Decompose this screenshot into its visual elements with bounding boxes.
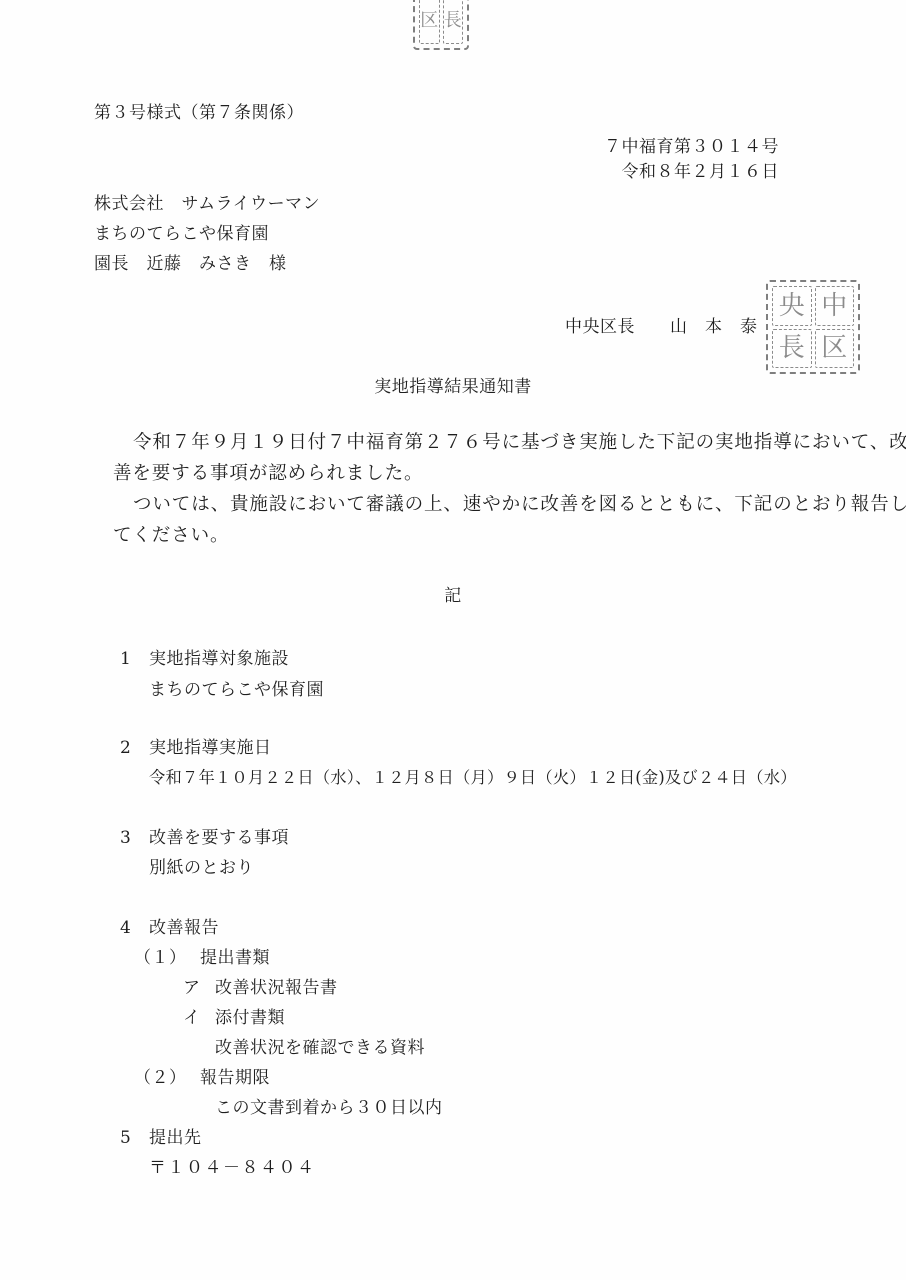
- seal-char: 長: [772, 329, 812, 369]
- body-paragraph-2-line-2: てください。: [113, 526, 229, 546]
- item-4-sub-1-entry-b-marker: イ: [183, 1008, 201, 1028]
- form-label: 第３号様式（第７条関係）: [94, 103, 304, 123]
- item-4-sub-2-content: この文書到着から３０日以内: [215, 1098, 443, 1118]
- issue-date: 令和８年２月１６日: [622, 162, 780, 182]
- item-4-sub-1-number: （１）: [134, 948, 187, 968]
- item-3-content: 別紙のとおり: [149, 858, 254, 878]
- document-number: ７中福育第３０１４号: [604, 137, 779, 157]
- item-4-sub-1-entry-b-text: 添付書類: [215, 1008, 285, 1028]
- body-paragraph-2-line-1: ついては、貴施設において審議の上、速やかに改善を図るとともに、下記のとおり報告し: [133, 495, 906, 515]
- item-5-heading: 提出先: [149, 1128, 202, 1148]
- item-1-content: まちのてらこや保育園: [149, 680, 324, 700]
- item-4-sub-2-heading: 報告期限: [200, 1068, 270, 1088]
- ki-label: 記: [0, 586, 906, 606]
- item-3-heading: 改善を要する事項: [149, 828, 289, 848]
- body-paragraph-1-line-2: 善を要する事項が認められました。: [113, 464, 423, 484]
- document-page: 区 長 第３号様式（第７条関係） ７中福育第３０１４号 令和８年２月１６日 株式…: [0, 0, 906, 1280]
- seal-char: 区: [815, 329, 855, 369]
- recipient-addressee: 園長 近藤 みさき 様: [94, 254, 287, 274]
- seal-char: 中: [815, 286, 855, 326]
- official-seal-stamp: 央 中 長 区: [766, 280, 860, 374]
- item-5-number: 5: [120, 1128, 131, 1148]
- item-4-number: 4: [120, 918, 131, 938]
- item-4-sub-1-entry-a-marker: ア: [183, 978, 201, 998]
- item-2-content: 令和７年１０月２２日（水）、１２月８日（月）９日（火）１２日(金)及び２４日（水…: [149, 768, 797, 788]
- item-4-heading: 改善報告: [149, 918, 219, 938]
- seal-char: 央: [772, 286, 812, 326]
- item-3-number: 3: [120, 828, 131, 848]
- item-2-number: 2: [120, 738, 131, 758]
- seal-char: 長: [443, 0, 464, 44]
- item-4-sub-1-entry-a-text: 改善状況報告書: [215, 978, 338, 998]
- item-4-sub-2-number: （２）: [134, 1068, 187, 1088]
- item-1-heading: 実地指導対象施設: [149, 649, 289, 669]
- item-2-heading: 実地指導実施日: [149, 738, 272, 758]
- recipient-company: 株式会社 サムライウーマン: [94, 194, 320, 214]
- seal-stamp-top: 区 長: [413, 0, 469, 50]
- sender-title-name: 中央区長 山 本 泰: [565, 317, 758, 337]
- body-paragraph-1-line-1: 令和７年９月１９日付７中福育第２７６号に基づき実施した下記の実地指導において、改: [133, 433, 906, 453]
- recipient-facility: まちのてらこや保育園: [94, 224, 269, 244]
- document-title: 実地指導結果通知書: [0, 377, 906, 397]
- seal-char: 区: [419, 0, 440, 44]
- item-4-sub-1-entry-b-detail: 改善状況を確認できる資料: [215, 1038, 425, 1058]
- item-5-content: 〒１０４－８４０４: [149, 1158, 316, 1178]
- item-4-sub-1-heading: 提出書類: [200, 948, 270, 968]
- item-1-number: 1: [120, 649, 131, 669]
